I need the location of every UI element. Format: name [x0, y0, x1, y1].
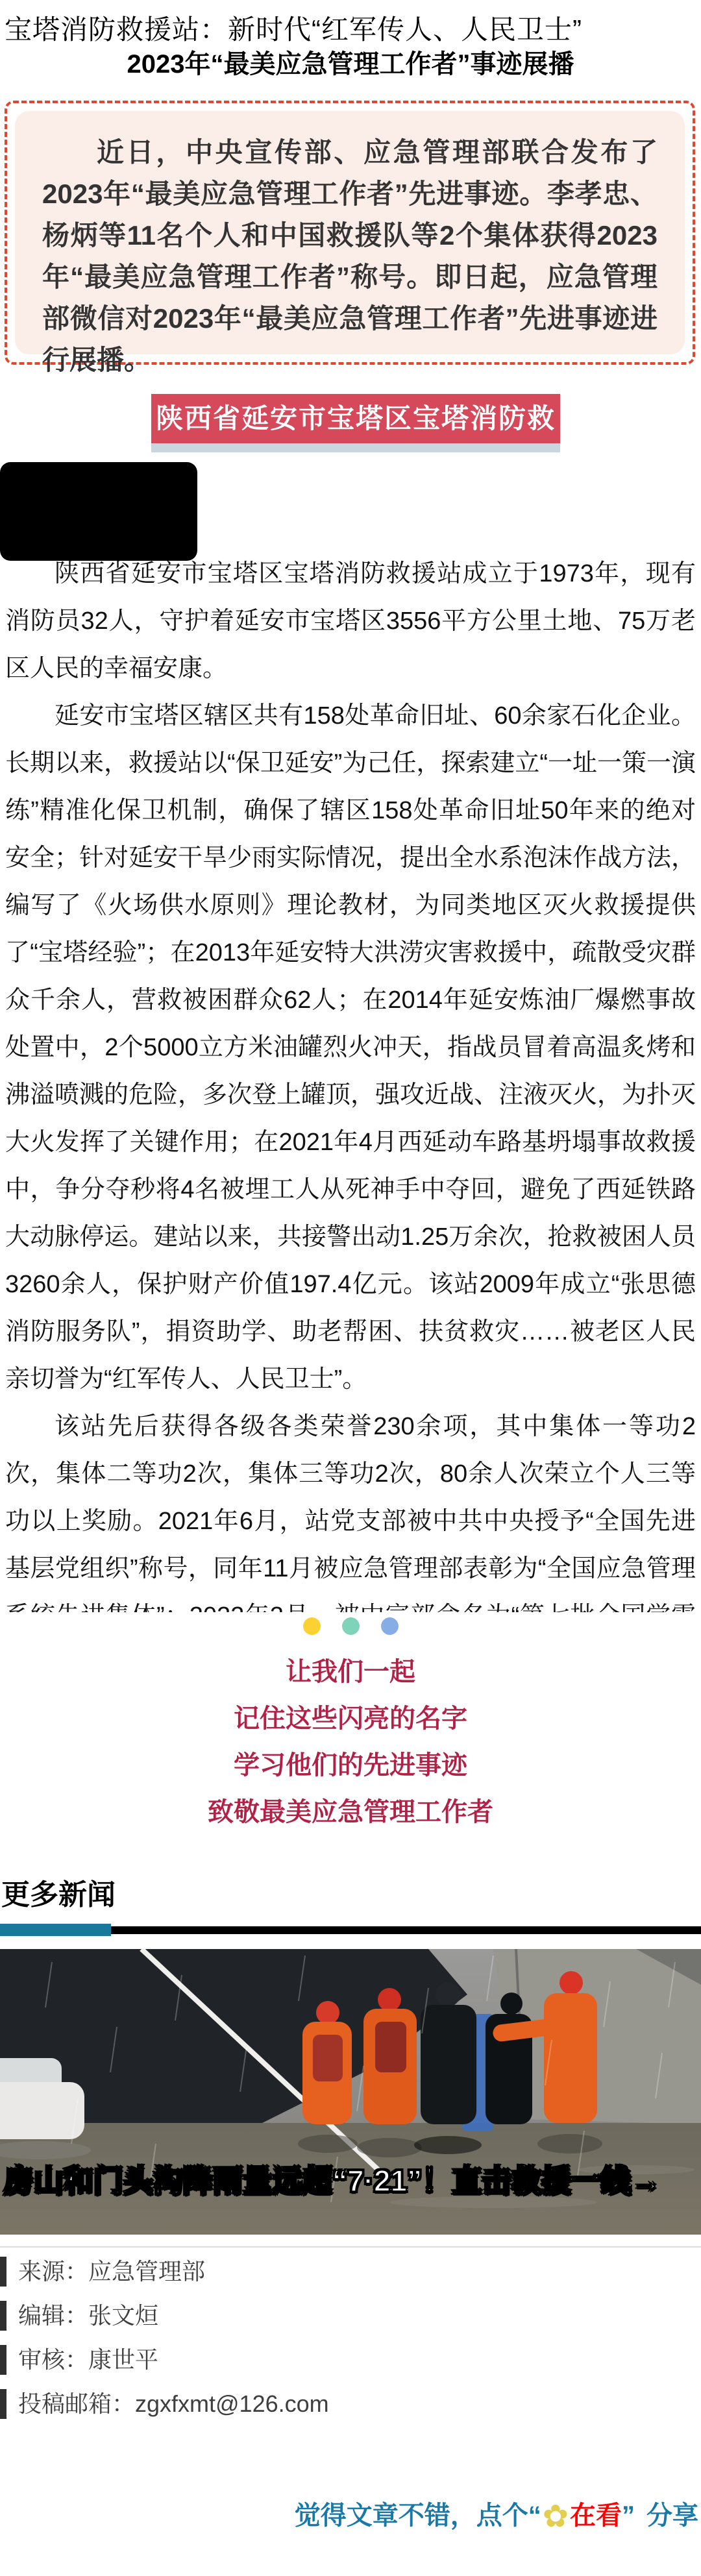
- article-body: 陕西省延安市宝塔区宝塔消防救援站成立于1973年，现有消防员32人，守护着延安市…: [5, 550, 696, 1612]
- share-prompt: 觉得文章不错，点个“✿在看”分享: [0, 2499, 698, 2534]
- article-page: 宝塔消防救援站：新时代“红军传人、人民卫士” 2023年“最美应急管理工作者”事…: [0, 0, 701, 2576]
- meta-block: 来源：应急管理部 编辑：张文烜 审核：康世平 投稿邮箱：zgxfxmt@126.…: [0, 2257, 701, 2433]
- slogan-line: 学习他们的先进事迹: [0, 1742, 701, 1789]
- source-row: 来源：应急管理部: [0, 2257, 701, 2287]
- slogan-line: 让我们一起: [0, 1649, 701, 1695]
- email-row: 投稿邮箱：zgxfxmt@126.com: [0, 2389, 701, 2419]
- body-paragraph: 陕西省延安市宝塔区宝塔消防救援站成立于1973年，现有消防员32人，守护着延安市…: [5, 550, 696, 693]
- teal-dot-icon: [342, 1617, 360, 1635]
- email-text: 投稿邮箱：zgxfxmt@126.com: [18, 2389, 329, 2419]
- wow-flower-icon[interactable]: ✿: [543, 2499, 569, 2534]
- divider-line: [0, 2246, 701, 2248]
- slogan-line: 致敬最美应急管理工作者: [0, 1789, 701, 1835]
- share-prompt-share: 分享: [646, 2501, 698, 2530]
- marker-bar-icon: [0, 2257, 6, 2287]
- share-prompt-highlight[interactable]: 在看: [570, 2501, 622, 2530]
- dots-divider: [0, 1617, 701, 1635]
- blue-dot-icon: [381, 1617, 399, 1635]
- intro-highlight-box: 近日，中央宣传部、应急管理部联合发布了2023年“最美应急管理工作者”先进事迹。…: [5, 101, 695, 365]
- body-paragraph: 延安市宝塔区辖区共有158处革命旧址、60余家石化企业。长期以来，救援站以“保卫…: [5, 693, 696, 1403]
- marker-bar-icon: [0, 2389, 6, 2419]
- yellow-dot-icon: [303, 1617, 321, 1635]
- reviewer-text: 审核：康世平: [18, 2345, 158, 2375]
- intro-inner-panel: 近日，中央宣传部、应急管理部联合发布了2023年“最美应急管理工作者”先进事迹。…: [15, 111, 685, 354]
- body-paragraph: 该站先后获得各级各类荣誉230余项，其中集体一等功2次，集体二等功2次，集体三等…: [5, 1403, 696, 1612]
- share-prompt-quote: ”: [622, 2501, 635, 2530]
- heading-black-rule: [111, 1926, 701, 1934]
- section-banner-shadow: [151, 443, 560, 452]
- editor-row: 编辑：张文烜: [0, 2301, 701, 2331]
- page-title: 宝塔消防救援站：新时代“红军传人、人民卫士”: [5, 13, 696, 47]
- news-thumbnail[interactable]: 房山和门头沟降雨量远超“7·21”！直击救援一线→: [0, 1949, 701, 2235]
- news-caption[interactable]: 房山和门头沟降雨量远超“7·21”！直击救援一线→: [4, 2162, 697, 2200]
- redacted-image-block: [0, 462, 197, 561]
- intro-text: 近日，中央宣传部、应急管理部联合发布了2023年“最美应急管理工作者”先进事迹。…: [42, 132, 658, 381]
- marker-bar-icon: [0, 2345, 6, 2375]
- slogan-line: 记住这些闪亮的名字: [0, 1695, 701, 1742]
- source-text: 来源：应急管理部: [18, 2257, 205, 2287]
- section-banner: 陕西省延安市宝塔区宝塔消防救援站: [151, 394, 560, 443]
- marker-bar-icon: [0, 2301, 6, 2331]
- reviewer-row: 审核：康世平: [0, 2345, 701, 2375]
- heading-teal-underline: [0, 1924, 111, 1936]
- page-subtitle: 2023年“最美应急管理工作者”事迹展播: [0, 48, 701, 80]
- more-news-heading: 更多新闻: [1, 1874, 116, 1916]
- share-prompt-prefix: 觉得文章不错，点个“: [295, 2501, 541, 2530]
- slogan-block: 让我们一起 记住这些闪亮的名字 学习他们的先进事迹 致敬最美应急管理工作者: [0, 1649, 701, 1835]
- editor-text: 编辑：张文烜: [18, 2301, 158, 2331]
